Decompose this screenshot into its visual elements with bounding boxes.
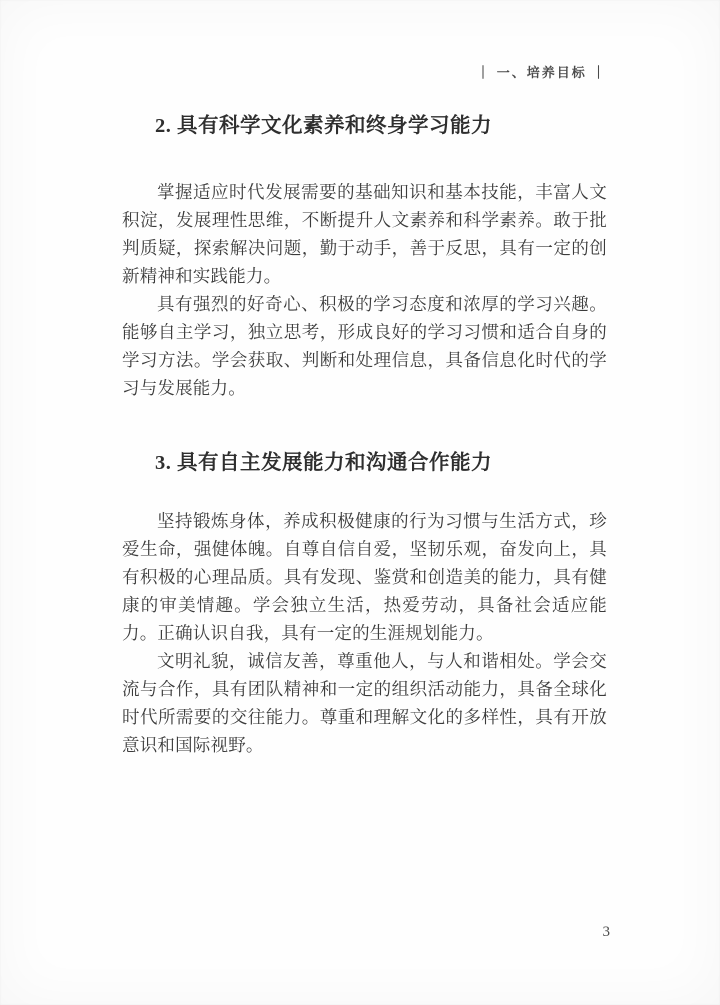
book-page: ｜ 一、培养目标 ｜ 2. 具有科学文化素养和终身学习能力 掌握适应时代发展需要… bbox=[0, 0, 720, 1005]
paragraph: 掌握适应时代发展需要的基础知识和基本技能，丰富人文积淀，发展理性思维，不断提升人… bbox=[122, 178, 607, 290]
paragraph: 具有强烈的好奇心、积极的学习态度和浓厚的学习兴趣。能够自主学习，独立思考，形成良… bbox=[122, 290, 607, 402]
section-heading-3: 3. 具有自主发展能力和沟通合作能力 bbox=[155, 450, 607, 477]
page-number: 3 bbox=[603, 922, 611, 942]
page-content: ｜ 一、培养目标 ｜ 2. 具有科学文化素养和终身学习能力 掌握适应时代发展需要… bbox=[0, 0, 720, 759]
paragraph: 坚持锻炼身体，养成积极健康的行为习惯与生活方式，珍爱生命，强健体魄。自尊自信自爱… bbox=[122, 507, 607, 647]
paragraph: 文明礼貌，诚信友善，尊重他人，与人和谐相处。学会交流与合作，具有团队精神和一定的… bbox=[122, 647, 607, 759]
section-heading-2: 2. 具有科学文化素养和终身学习能力 bbox=[155, 113, 607, 140]
running-head: ｜ 一、培养目标 ｜ bbox=[122, 0, 607, 82]
section-self-development: 3. 具有自主发展能力和沟通合作能力 坚持锻炼身体，养成积极健康的行为习惯与生活… bbox=[122, 450, 607, 759]
section-science-culture: 2. 具有科学文化素养和终身学习能力 掌握适应时代发展需要的基础知识和基本技能，… bbox=[122, 113, 607, 402]
